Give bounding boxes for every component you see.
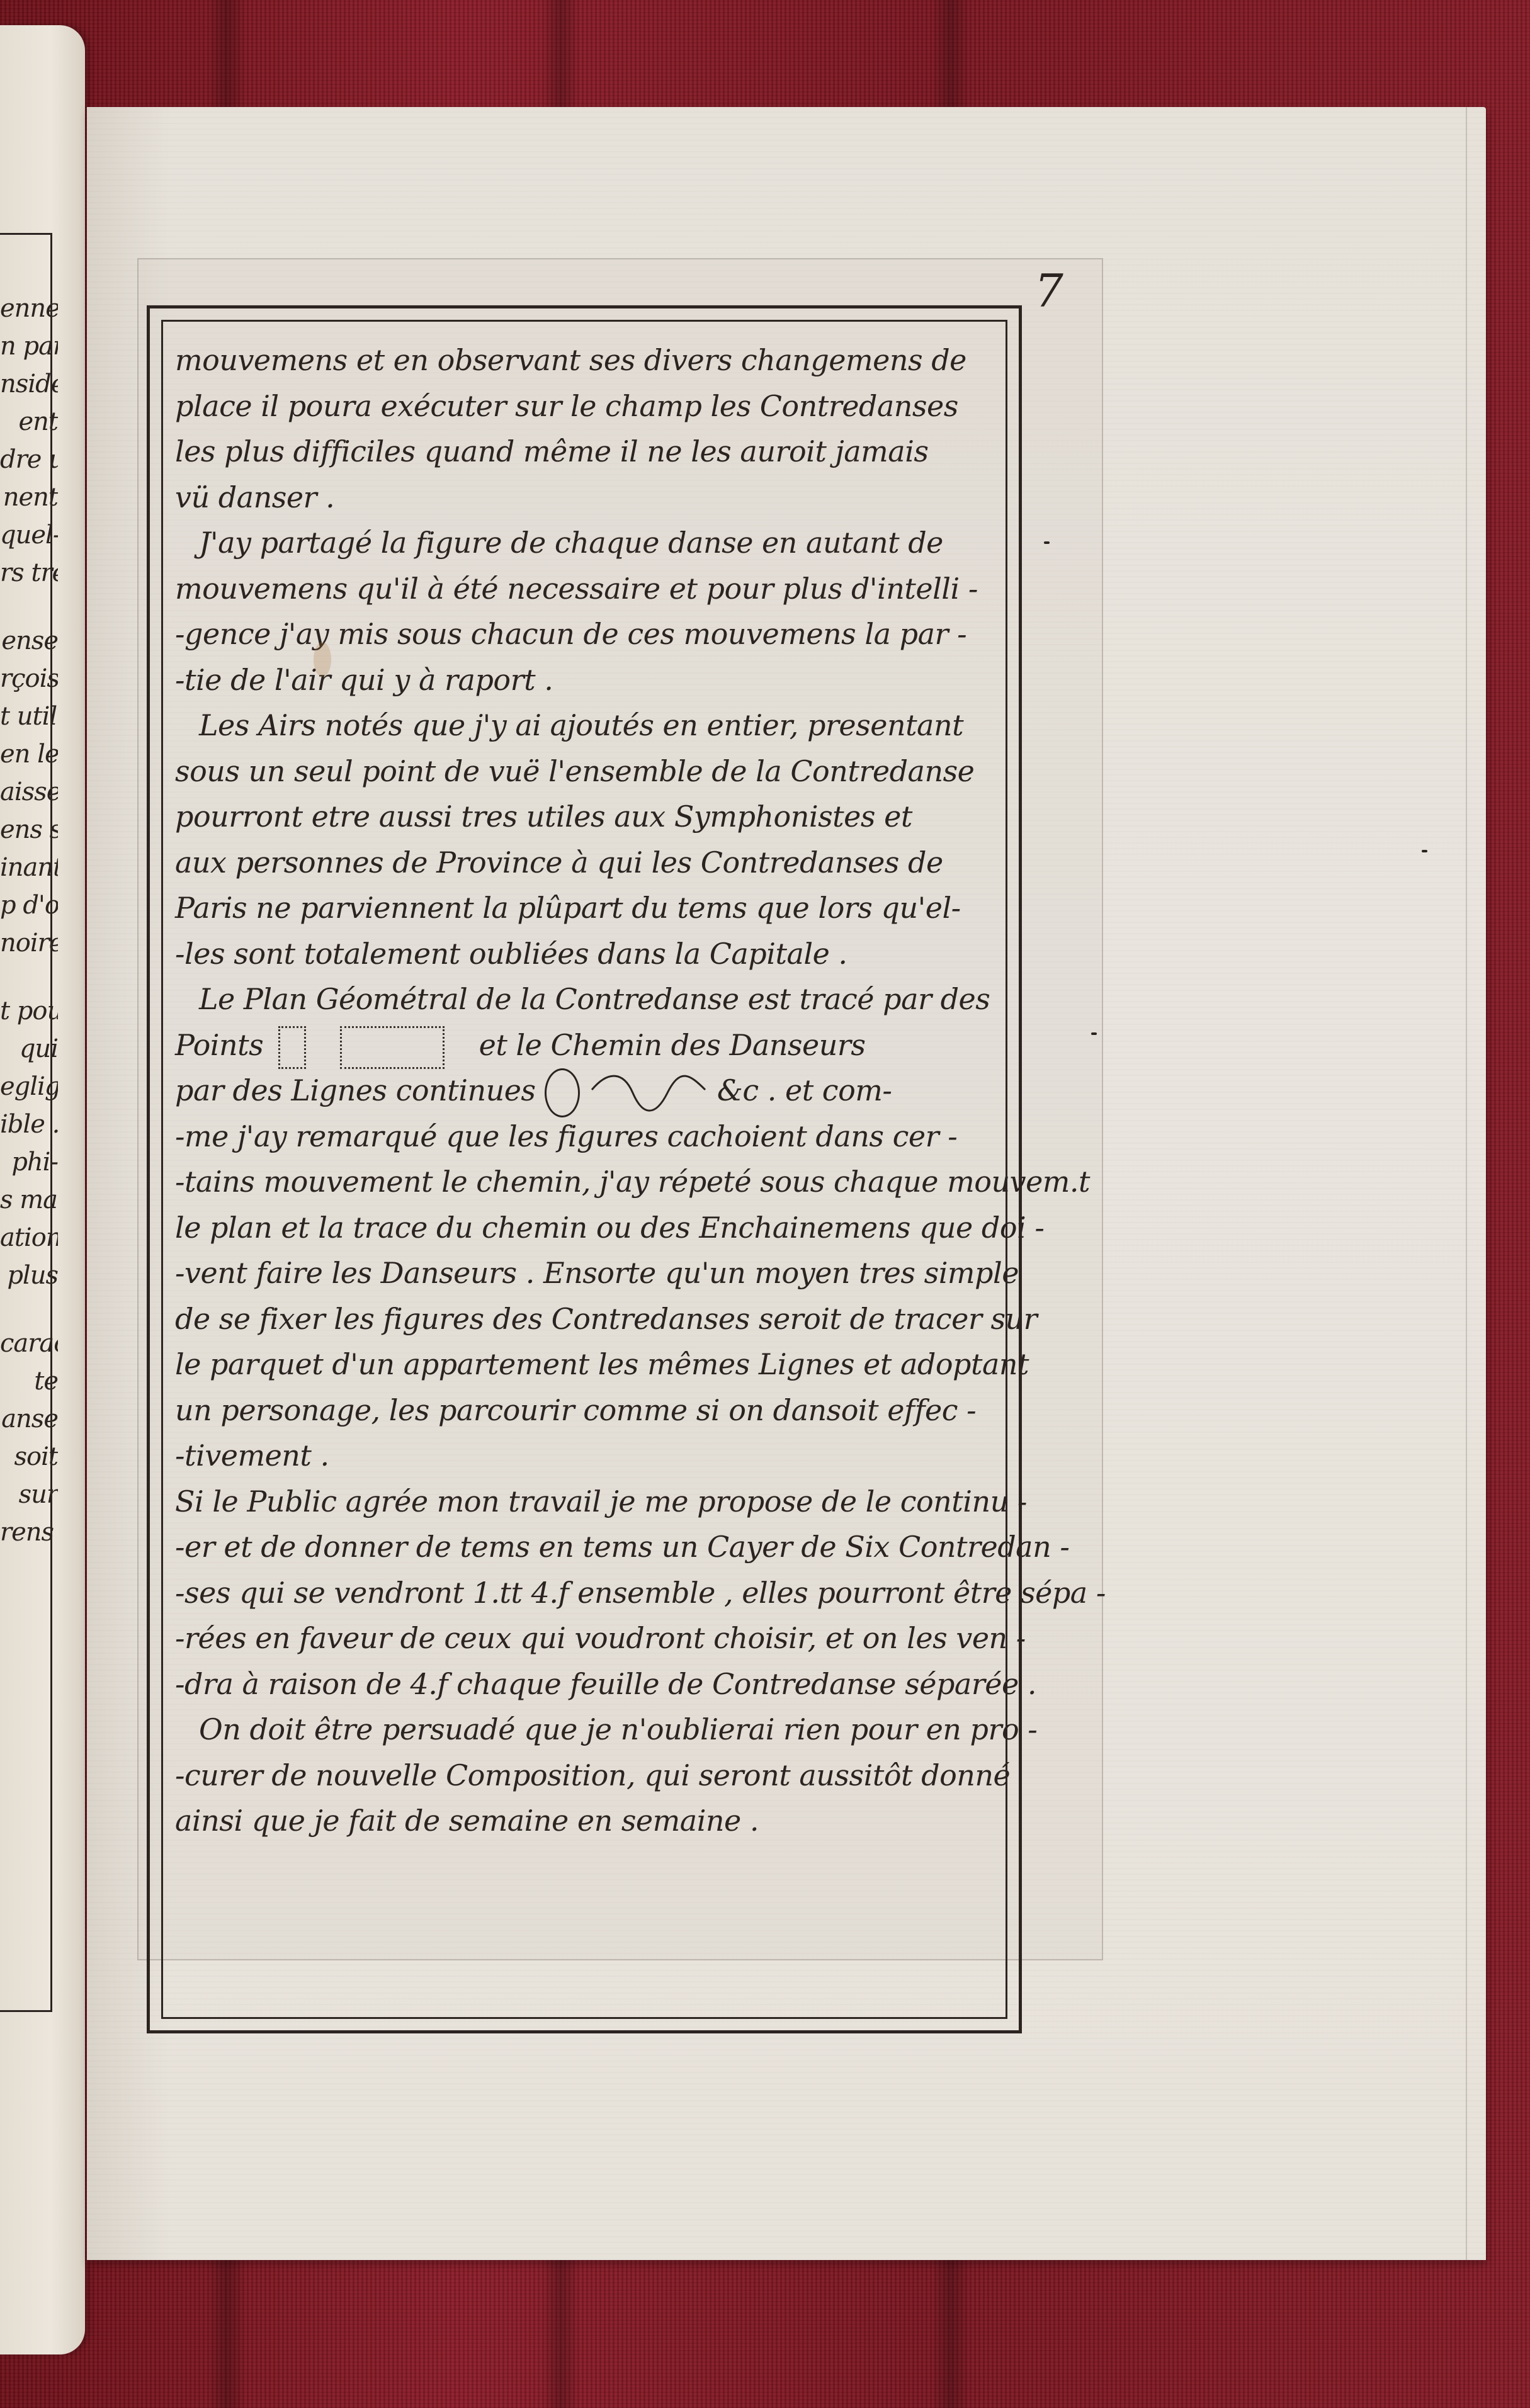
text-line: le parquet d'un appartement les mêmes Li… (175, 1342, 994, 1388)
text-line: -les sont totalement oubliées dans la Ca… (175, 931, 994, 977)
facing-line: rçois (0, 660, 58, 698)
facing-line: carac (0, 1325, 58, 1362)
facing-line: nsidé- (0, 365, 58, 403)
text-line: -dra à raison de 4.f chaque feuille de C… (175, 1661, 994, 1707)
page-edge (1466, 107, 1467, 2260)
chemin-label: et le Chemin des Danseurs (479, 1028, 866, 1062)
facing-line: nent (0, 478, 58, 516)
facing-line: s mai- (0, 1181, 58, 1219)
facing-page-text: ennes n par nsidé- ent dre un nent quel-… (0, 290, 58, 1551)
facing-line: dre un (0, 441, 58, 478)
text-line: ainsi que je fait de semaine en semaine … (175, 1798, 994, 1844)
facing-line: t pour (0, 992, 58, 1030)
facing-line: rens . (0, 1513, 58, 1551)
facing-line: en le (0, 735, 58, 773)
facing-line: sur (0, 1476, 58, 1513)
engraved-text: mouvemens et en observant ses divers cha… (175, 337, 994, 1844)
facing-line: qui (0, 1030, 58, 1068)
facing-line: ennes (0, 290, 58, 327)
points-label: Points (175, 1028, 263, 1062)
paper-speck (1091, 1032, 1097, 1035)
page-number: 7 (1034, 264, 1063, 317)
facing-line: p d'oeil (0, 886, 58, 924)
lignes-label: par des Lignes continues (175, 1073, 536, 1107)
dotted-rectangle-figure-icon (340, 1026, 445, 1069)
facing-line: noire (0, 924, 58, 962)
text-line: vü danser . (175, 475, 994, 521)
facing-line: ent (0, 403, 58, 441)
paragraph-start-line: J'ay partagé la figure de chaque danse e… (175, 520, 994, 566)
text-line: -tivement . (175, 1433, 994, 1479)
text-line: -gence j'ay mis sous chacun de ces mouve… (175, 611, 994, 657)
facing-line: te (0, 1362, 58, 1400)
text-line: mouvemens qu'il à été necessaire et pour… (175, 566, 994, 612)
text-line: mouvemens et en observant ses divers cha… (175, 337, 994, 383)
facing-line: n par (0, 327, 58, 365)
text-line: le plan et la trace du chemin ou des Enc… (175, 1205, 994, 1251)
facing-line: ations (0, 1219, 58, 1257)
text-line: sous un seul point de vuë l'ensemble de … (175, 749, 994, 794)
facing-line: plus (0, 1257, 58, 1294)
wave-path-icon (589, 1071, 708, 1115)
facing-line: anse (0, 1400, 58, 1438)
book-page: 7 mouvemens et en observant ses divers c… (87, 107, 1486, 2260)
dotted-square-figure-icon (278, 1026, 306, 1069)
facing-line: soit (0, 1438, 58, 1476)
paragraph-start-line: Si le Public agrée mon travail je me pro… (175, 1479, 994, 1525)
paper-speck (1044, 541, 1050, 544)
facing-line: quel- (0, 516, 58, 554)
facing-line: t utile (0, 698, 58, 735)
facing-line: inant (0, 849, 58, 886)
facing-line: egligé (0, 1068, 58, 1105)
text-line-with-path-figure: par des Lignes continues &c . et com- (175, 1068, 994, 1114)
paragraph-start-line: Le Plan Géométral de la Contredanse est … (175, 976, 994, 1022)
circle-path-icon (545, 1068, 580, 1117)
facing-line: aissent (0, 773, 58, 811)
text-line: -curer de nouvelle Composition, qui sero… (175, 1753, 994, 1799)
text-line-with-points-figure: Points et le Chemin des Danseurs (175, 1022, 994, 1068)
text-line: Paris ne parviennent la plûpart du tems … (175, 885, 994, 931)
facing-line: ens sur (0, 811, 58, 849)
paragraph-start-line: On doit être persuadé que je n'oublierai… (175, 1707, 994, 1753)
foxing-stain (314, 642, 331, 677)
text-line: les plus difficiles quand même il ne les… (175, 429, 994, 475)
text-line: -rées en faveur de ceux qui voudront cho… (175, 1615, 994, 1661)
paper-speck (1422, 850, 1427, 852)
facing-line: ible . (0, 1105, 58, 1143)
text-line: place il poura exécuter sur le champ les… (175, 383, 994, 429)
etc-label: &c . et com- (717, 1073, 892, 1107)
text-line: -me j'ay remarqué que les figures cachoi… (175, 1114, 994, 1160)
text-line: un personage, les parcourir comme si on … (175, 1388, 994, 1433)
text-line: -vent faire les Danseurs . Ensorte qu'un… (175, 1250, 994, 1296)
text-line: -ses qui se vendront 1.tt 4.f ensemble ,… (175, 1570, 994, 1616)
facing-line: phi- (0, 1143, 58, 1181)
text-line: pourront etre aussi tres utiles aux Symp… (175, 794, 994, 840)
text-frame: mouvemens et en observant ses divers cha… (147, 305, 1022, 2033)
facing-line: rs très (0, 554, 58, 592)
text-line: aux personnes de Province à qui les Cont… (175, 840, 994, 886)
facing-page: ennes n par nsidé- ent dre un nent quel-… (0, 25, 85, 2354)
text-line: de se fixer les figures des Contredanses… (175, 1296, 994, 1342)
text-line: -tie de l'air qui y à raport . (175, 657, 994, 703)
paragraph-start-line: Les Airs notés que j'y ai ajoutés en ent… (175, 703, 994, 749)
text-line: -tains mouvement le chemin, j'ay répeté … (175, 1159, 994, 1205)
facing-line: ense (0, 622, 58, 660)
text-line: -er et de donner de tems en tems un Caye… (175, 1524, 994, 1570)
